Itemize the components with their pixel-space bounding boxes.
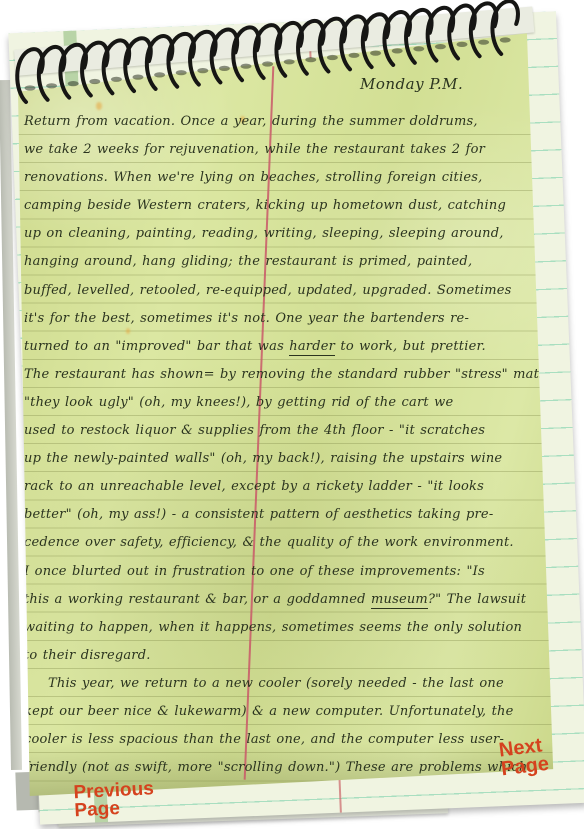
note-line-segment: turned to an "improved" bar that was <box>24 339 289 354</box>
note-line: up the newly-painted walls" (oh, my back… <box>24 445 540 473</box>
note-line: This year, we return to a new cooler (so… <box>24 670 540 698</box>
note-line: Return from vacation. Once a year, durin… <box>24 108 540 136</box>
note-line: this a working restaurant & bar, or a go… <box>24 586 540 614</box>
underlined-word: museum <box>371 592 428 609</box>
note-line: hanging around, hang gliding; the restau… <box>24 248 540 276</box>
note-line-segment: ?" The lawsuit <box>428 592 526 607</box>
notepad-photo: Monday P.M. Return from vacation. Once a… <box>0 0 584 829</box>
note-line: renovations. When we're lying on beaches… <box>24 164 540 192</box>
note-line: rack to an unreachable level, except by … <box>24 473 540 501</box>
underlined-word: harder <box>289 339 335 356</box>
date-heading: Monday P.M. <box>360 75 463 93</box>
note-line-segment: to work, but prettier. <box>335 339 486 354</box>
note-line: used to restock liquor & supplies from t… <box>24 417 540 445</box>
next-page-link[interactable]: Next Page <box>498 735 560 780</box>
note-line: camping beside Western craters, kicking … <box>24 192 540 220</box>
note-line: I once blurted out in frustration to one… <box>24 558 540 586</box>
note-line: cedence over safety, efficiency, & the q… <box>24 529 540 557</box>
notepad-page: Monday P.M. Return from vacation. Once a… <box>8 28 566 796</box>
note-line: it's for the best, sometimes it's not. O… <box>24 305 540 333</box>
previous-page-link[interactable]: Previous Page <box>73 780 165 821</box>
note-line: "they look ugly" (oh, my knees!), by get… <box>24 389 540 417</box>
note-line: buffed, levelled, retooled, re-equipped,… <box>24 277 540 305</box>
note-line: better" (oh, my ass!) - a consistent pat… <box>24 501 540 529</box>
note-line: waiting to happen, when it happens, some… <box>24 614 540 642</box>
note-line: we take 2 weeks for rejuvenation, while … <box>24 136 540 164</box>
note-line: to their disregard. <box>24 642 540 670</box>
note-line: up on cleaning, painting, reading, writi… <box>24 220 540 248</box>
note-line: turned to an "improved" bar that was har… <box>24 333 540 361</box>
note-line: cooler is less spacious than the last on… <box>24 726 540 754</box>
note-line-segment: this a working restaurant & bar, or a go… <box>24 592 371 607</box>
note-line: The restaurant has shown= by removing th… <box>24 361 540 389</box>
note-line: kept our beer nice & lukewarm) & a new c… <box>24 698 540 726</box>
note-body: Return from vacation. Once a year, durin… <box>24 108 540 782</box>
